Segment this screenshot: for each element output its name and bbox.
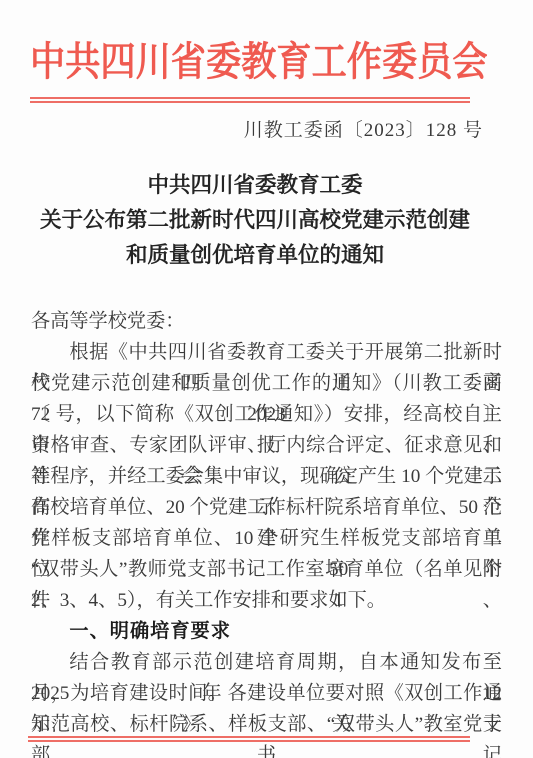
doc-number: 川教工委函〔2023〕128 号 [0, 115, 483, 142]
document-title: 中共四川省委教育工委 关于公布第二批新时代四川高校党建示范创建 和质量创优培育单… [5, 168, 505, 273]
title-line-2: 关于公布第二批新时代四川高校党建示范创建 [5, 203, 505, 238]
title-line-3: 和质量创优培育单位的通知 [5, 238, 505, 273]
body-line: 结合教育部示范创建培育周期，自本通知发布至 2025 年 12 [31, 647, 502, 678]
salutation: 各高等学校党委： [31, 306, 502, 337]
body-line: 72 号，以下简称《双创工作通知》）安排，经高校自主申报、 [31, 399, 502, 430]
letterhead-rule [30, 97, 470, 103]
body-line: 根据《中共四川省委教育工委关于开展第二批新时代四川高 [31, 337, 502, 368]
body-line: 高校培育单位、20 个党建工作标杆院系培育单位、50 个党建工 [31, 492, 502, 523]
body-line: 等程序，并经工委会集中审议，现确定产生 10 个党建工作示范 [31, 461, 502, 492]
title-line-1: 中共四川省委教育工委 [5, 168, 505, 203]
document-body: 各高等学校党委： 根据《中共四川省委教育工委关于开展第二批新时代四川高 校党建示… [31, 306, 502, 740]
body-line: 月，为培育建设时间。各建设单位要对照《双创工作通知》关于 [31, 678, 502, 709]
footer-rule [28, 736, 470, 742]
official-document-page: 中共四川省委教育工作委员会 川教工委函〔2023〕128 号 中共四川省委教育工… [0, 0, 533, 758]
section-heading-1: 一、明确培育要求 [31, 616, 502, 647]
body-line: 资格审查、专家团队评审、厅内综合评定、征求意见和社会公示 [31, 430, 502, 461]
body-line: 作样板支部培育单位、10 个研究生样板党支部培育单位、50 个 [31, 523, 502, 554]
body-line: “双带头人”教师党支部书记工作室培育单位（名单见附件 1、 [31, 554, 502, 585]
issuer-name: 中共四川省委教育工作委员会 [30, 30, 470, 87]
body-line: 校党建示范创建和质量创优工作的通知》（川教工委函〔2023〕 [31, 368, 502, 399]
